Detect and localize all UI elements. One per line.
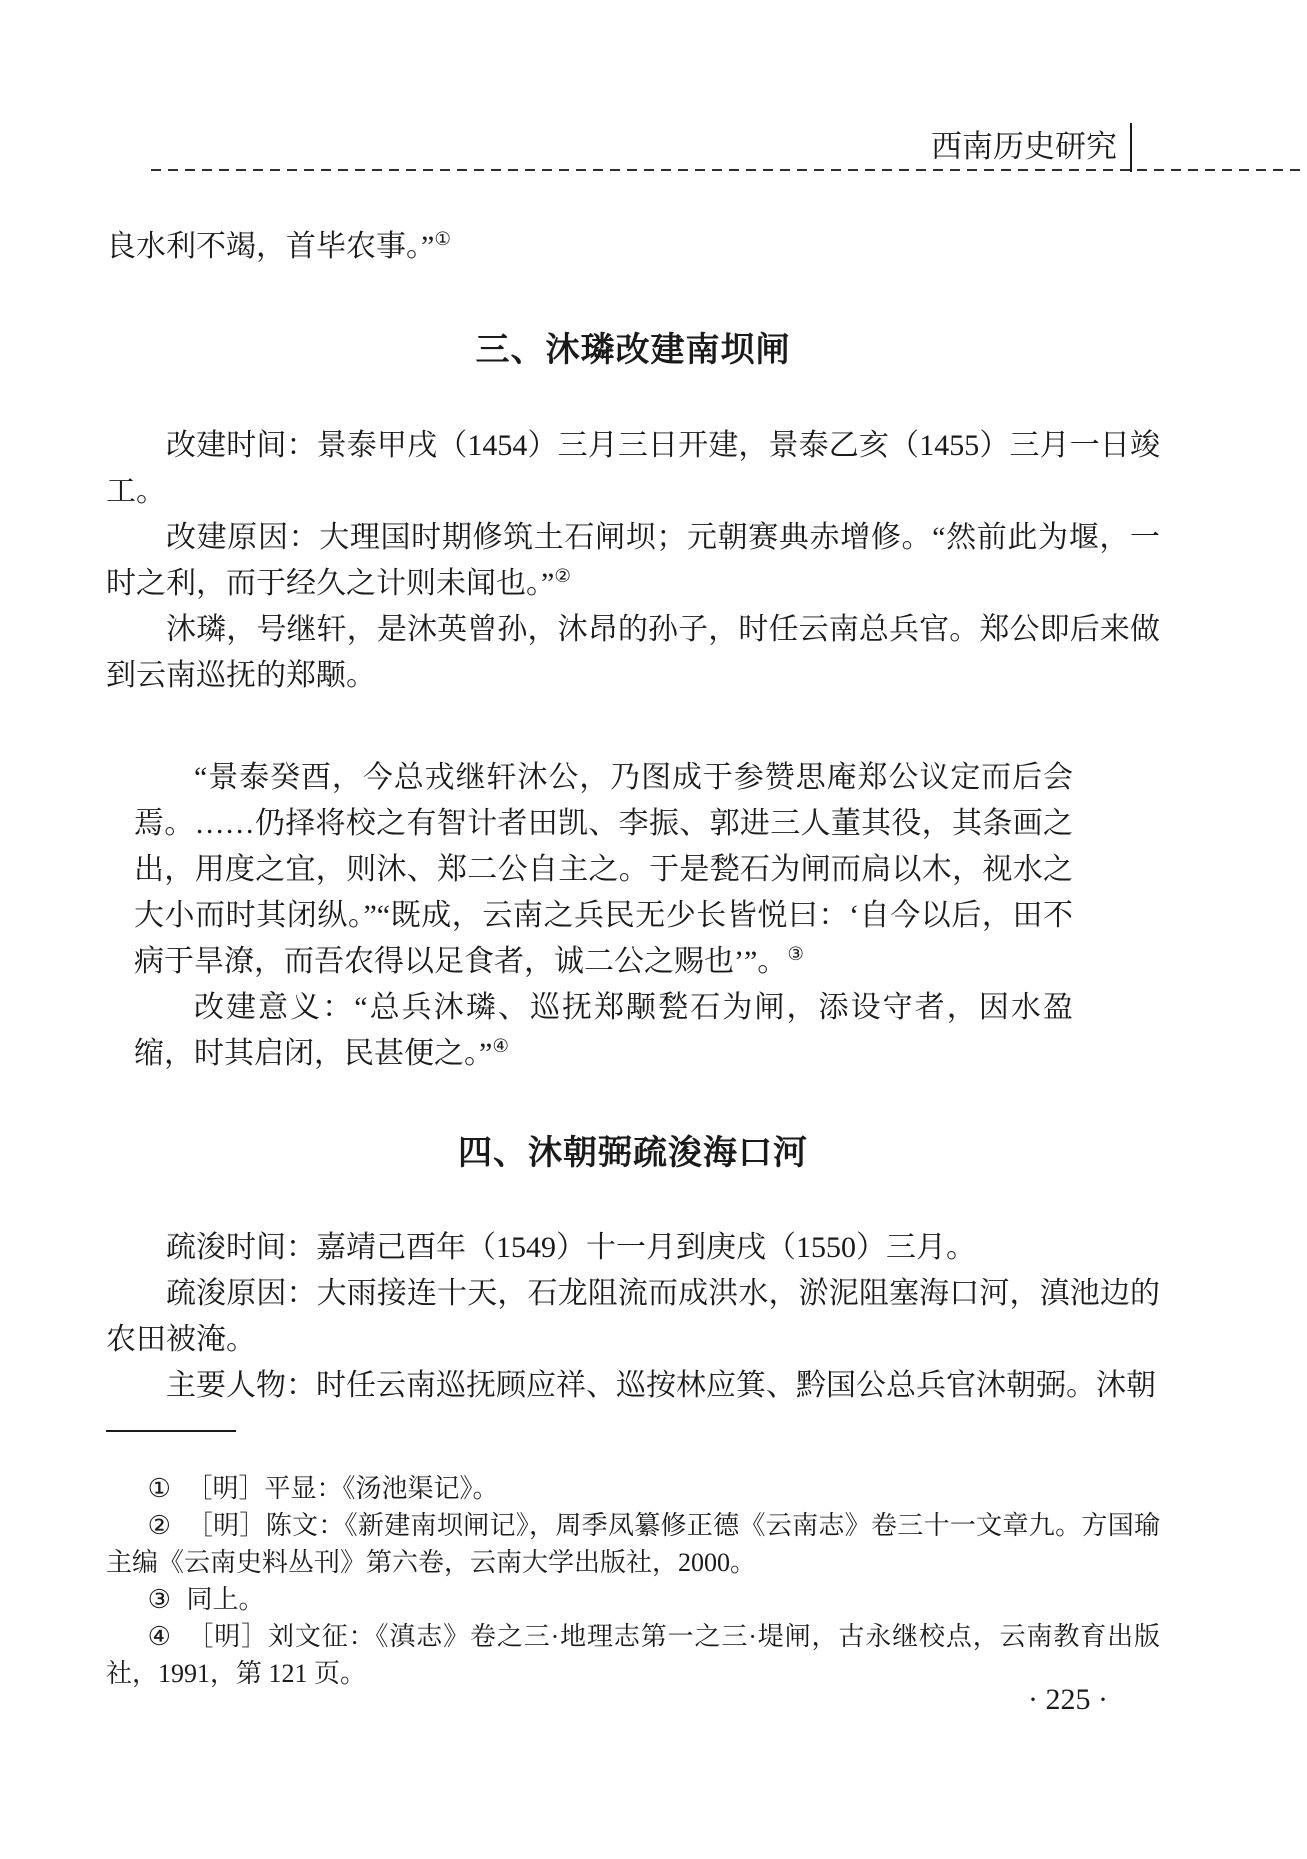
footnote-ref-2: ② <box>554 566 571 587</box>
quote-paragraph-2: 改建意义：“总兵沐璘、巡抚郑颙甃石为闸，添设守者，因水盈缩，时其启闭，民甚便之。… <box>134 985 1073 1077</box>
footnote-separator-rule <box>106 1430 236 1432</box>
footnote-ref-1: ① <box>434 229 451 250</box>
quote-paragraph-1: “景泰癸酉，今总戎继轩沐公，乃图成于参赞思庵郑公议定而后会焉。……仍择将校之有智… <box>134 755 1073 985</box>
running-head-journal-title: 西南历史研究 <box>931 127 1117 167</box>
paragraph-rebuild-time: 改建时间：景泰甲戌（1454）三月三日开建，景泰乙亥（1455）三月一日竣工。 <box>106 423 1160 515</box>
footnote-1-text: ［明］平显：《汤池渠记》。 <box>187 1474 499 1503</box>
paragraph-dredge-time: 疏浚时间：嘉靖己酉年（1549）十一月到庚戌（1550）三月。 <box>106 1225 1160 1271</box>
carryover-paragraph: 良水利不竭，首毕农事。”① <box>106 224 1160 270</box>
footnote-ref-4: ④ <box>492 1036 509 1057</box>
footnote-1: ①［明］平显：《汤池渠记》。 <box>106 1470 1160 1507</box>
footnote-4: ④［明］刘文征：《滇志》卷之三·地理志第一之三·堤闸，古永继校点，云南教育出版社… <box>106 1618 1160 1692</box>
footnote-1-marker: ① <box>148 1474 171 1503</box>
footnote-ref-3: ③ <box>787 944 804 965</box>
footnote-3-text: 同上。 <box>187 1585 265 1614</box>
paragraph-main-figures: 主要人物：时任云南巡抚顾应祥、巡按林应箕、黔国公总兵官沐朝弼。沐朝 <box>106 1363 1160 1409</box>
paragraph-mulin-bio: 沐璘，号继轩，是沐英曾孙，沐昂的孙子，时任云南总兵官。郑公即后来做到云南巡抚的郑… <box>106 607 1160 699</box>
footnote-4-text: ［明］刘文征：《滇志》卷之三·地理志第一之三·堤闸，古永继校点，云南教育出版社，… <box>106 1622 1160 1688</box>
paragraph-rebuild-reason: 改建原因：大理国时期修筑土石闸坝；元朝赛典赤增修。“然前此为堰，一时之利，而于经… <box>106 515 1160 607</box>
book-page: 西南历史研究 良水利不竭，首毕农事。”① 三、沐璘改建南坝闸 改建时间：景泰甲戌… <box>0 0 1307 1859</box>
paragraph-dredge-reason: 疏浚原因：大雨接连十天，石龙阻流而成洪水，淤泥阻塞海口河，滇池边的农田被淹。 <box>106 1271 1160 1363</box>
footnote-3-marker: ③ <box>148 1585 171 1614</box>
header-divider-bar <box>1130 123 1132 172</box>
body-text-column: 良水利不竭，首毕农事。”① 三、沐璘改建南坝闸 改建时间：景泰甲戌（1454）三… <box>106 224 1160 1409</box>
footnote-4-marker: ④ <box>148 1622 172 1651</box>
footnote-3: ③同上。 <box>106 1581 1160 1618</box>
footnote-2: ②［明］陈文：《新建南坝闸记》，周季凤纂修正德《云南志》卷三十一文章九。方国瑜主… <box>106 1507 1160 1581</box>
footnote-2-marker: ② <box>148 1511 172 1540</box>
section-heading-3: 三、沐璘改建南坝闸 <box>106 325 1160 375</box>
footnote-2-text: ［明］陈文：《新建南坝闸记》，周季凤纂修正德《云南志》卷三十一文章九。方国瑜主编… <box>106 1511 1160 1577</box>
page-number: · 225 · <box>1028 1683 1108 1717</box>
header-dashed-rule <box>151 169 1307 171</box>
block-quote: “景泰癸酉，今总戎继轩沐公，乃图成于参赞思庵郑公议定而后会焉。……仍择将校之有智… <box>134 755 1073 1077</box>
footnotes-block: ①［明］平显：《汤池渠记》。 ②［明］陈文：《新建南坝闸记》，周季凤纂修正德《云… <box>106 1430 1160 1692</box>
section-heading-4: 四、沐朝弼疏浚海口河 <box>106 1128 1160 1178</box>
